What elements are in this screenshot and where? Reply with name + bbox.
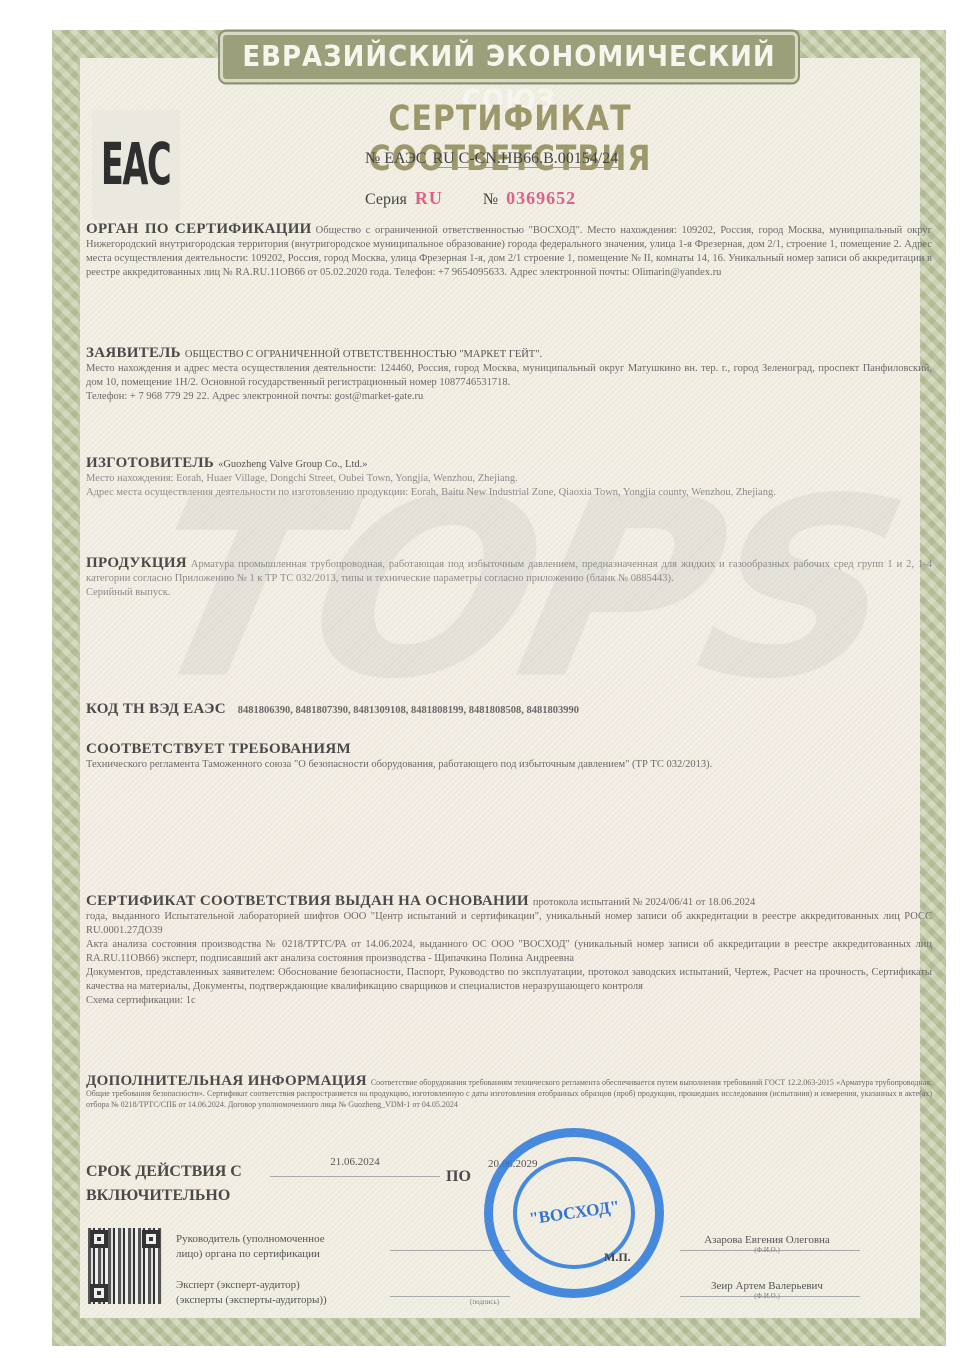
section-manufacturer: ИЗГОТОВИТЕЛЬ«Guozheng Valve Group Co., L…: [86, 456, 932, 500]
applicant-contacts: Телефон: + 7 968 779 29 22. Адрес электр…: [86, 390, 932, 404]
section-heading: ИЗГОТОВИТЕЛЬ: [86, 455, 214, 471]
section-tn-ved: КОД ТН ВЭД ЕАЭС 8481806390, 8481807390, …: [86, 702, 932, 718]
signatory-role-head: Руководитель (уполномоченное лицо) орган…: [176, 1232, 325, 1262]
section-certification-body: ОРГАН ПО СЕРТИФИКАЦИИОбщество с ограниче…: [86, 222, 932, 280]
number-label: №: [483, 191, 498, 208]
registration-number-line: № ЕАЭС RU C-CN.НВ66.В.00154/24: [365, 150, 620, 168]
basis-lead: протокола испытаний № 2024/06/41 от 18.0…: [533, 897, 755, 908]
signatory-name-expert: Зеир Артем Валерьевич (Ф.И.О.): [672, 1280, 862, 1300]
product-description: Арматура промышленная трубопроводная, ра…: [86, 559, 932, 584]
section-heading: ДОПОЛНИТЕЛЬНАЯ ИНФОРМАЦИЯ: [86, 1073, 367, 1089]
manufacturer-production-address: Адрес места осуществления деятельности п…: [86, 486, 932, 500]
validity-from-date: 21.06.2024: [270, 1156, 440, 1177]
section-heading: СООТВЕТСТВУЕТ ТРЕБОВАНИЯМ: [86, 741, 351, 757]
section-product: ПРОДУКЦИЯАрматура промышленная трубопров…: [86, 556, 932, 600]
signatory-name-head: Азарова Евгения Олеговна (Ф.И.О.): [672, 1234, 862, 1254]
signature-line: [390, 1250, 510, 1251]
section-requirements: СООТВЕТСТВУЕТ ТРЕБОВАНИЯМ Технического р…: [86, 742, 932, 772]
section-heading: ЗАЯВИТЕЛЬ: [86, 345, 181, 361]
registration-prefix: № ЕАЭС: [365, 150, 426, 167]
validity-to-label: ПО: [446, 1168, 471, 1186]
basis-documents: Документов, представленных заявителем: О…: [86, 966, 932, 994]
mp-label: М.П.: [604, 1250, 631, 1265]
manufacturer-location: Место нахождения: Eorah, Huaer Village, …: [86, 472, 932, 486]
validity-label: СРОК ДЕЙСТВИЯ С ВКЛЮЧИТЕЛЬНО: [86, 1160, 242, 1208]
stamp-text: "ВОСХОД": [528, 1197, 621, 1229]
section-applicant: ЗАЯВИТЕЛЬОБЩЕСТВО С ОГРАНИЧЕННОЙ ОТВЕТСТ…: [86, 346, 932, 404]
section-additional-info: ДОПОЛНИТЕЛЬНАЯ ИНФОРМАЦИЯСоответствие об…: [86, 1076, 932, 1110]
basis-production-act: Акта анализа состояния производства № 02…: [86, 938, 932, 966]
section-heading: КОД ТН ВЭД ЕАЭС: [86, 701, 226, 717]
union-banner: ЕВРАЗИЙСКИЙ ЭКОНОМИЧЕСКИЙ СОЮЗ: [220, 32, 798, 83]
signature-caption: (подпись): [470, 1298, 499, 1306]
basis-scheme: Схема сертификации: 1с: [86, 994, 932, 1008]
signatory-role-expert: Эксперт (эксперт-аудитор) (эксперты (экс…: [176, 1278, 327, 1308]
form-number: 0369652: [506, 188, 576, 208]
section-heading: СЕРТИФИКАТ СООТВЕТСТВИЯ ВЫДАН НА ОСНОВАН…: [86, 893, 529, 909]
requirements-text: Технического регламента Таможенного союз…: [86, 758, 932, 772]
product-release-type: Серийный выпуск.: [86, 586, 932, 600]
eac-logo-icon: ЕАС: [92, 110, 180, 220]
series-label: Серия: [365, 191, 407, 208]
applicant-address: Место нахождения и адрес места осуществл…: [86, 362, 932, 390]
manufacturer-name: «Guozheng Valve Group Co., Ltd.»: [218, 459, 367, 470]
series-value: RU: [415, 188, 443, 208]
section-heading: ПРОДУКЦИЯ: [86, 555, 187, 571]
applicant-name: ОБЩЕСТВО С ОГРАНИЧЕННОЙ ОТВЕТСТВЕННОСТЬЮ…: [185, 349, 542, 360]
section-basis: СЕРТИФИКАТ СООТВЕТСТВИЯ ВЫДАН НА ОСНОВАН…: [86, 894, 932, 1008]
section-heading: ОРГАН ПО СЕРТИФИКАЦИИ: [86, 221, 312, 237]
seal-stamp-icon: "ВОСХОД": [484, 1128, 664, 1298]
signature-line: [390, 1296, 510, 1297]
tn-ved-codes: 8481806390, 8481807390, 8481309108, 8481…: [238, 705, 579, 716]
series-line: Серия RU № 0369652: [365, 188, 576, 209]
basis-test-protocol: года, выданного Испытательной лаборатори…: [86, 910, 932, 938]
registration-number: RU C-CN.НВ66.В.00154/24: [430, 150, 620, 168]
qr-code-icon[interactable]: [88, 1228, 162, 1304]
